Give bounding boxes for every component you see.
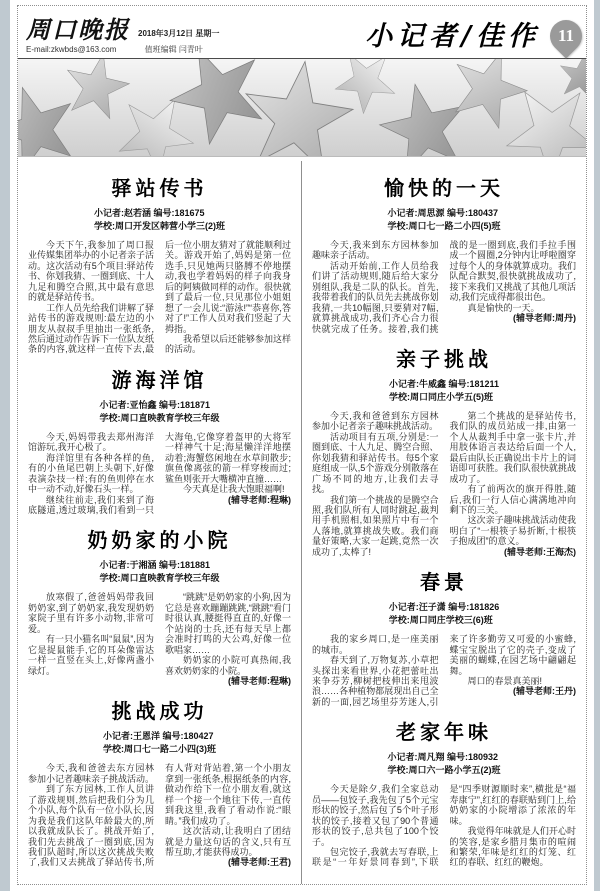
- byline-reporter: 小记者:王恩洋 编号:180427: [103, 730, 216, 743]
- article-title: 奶奶家的小院: [28, 524, 291, 553]
- article-paragraph: 周口的春景真美丽!: [450, 676, 577, 686]
- article-byline: 小记者:牛威鑫 编号:181211 学校:周口同庄小学五(5)班: [312, 378, 576, 405]
- byline-school: 学校:周口六一路小学五(2)班: [388, 764, 501, 777]
- byline-school: 学校:周口七一路二小四(3)班: [103, 743, 216, 756]
- byline-reporter: 小记者:亚怡鑫 编号:181871: [100, 399, 220, 412]
- section-block: 小记者/佳作: [365, 14, 574, 55]
- email-text: E-mail:zkwbds@163.com: [26, 45, 116, 54]
- teacher-credit: (辅导老师:程琳): [165, 495, 291, 505]
- article-paragraph: 今天下午,我参加了周口报业传媒集团举办的小记者亲子活动。这次活动有5个项目:驿站…: [28, 240, 154, 303]
- article-body: 今天下午,我参加了周口报业传媒集团举办的小记者亲子活动。这次活动有5个项目:驿站…: [28, 240, 291, 355]
- article-body: 今天,我来到东方园林参加趣味亲子活动。 活动开始前,工作人员给我们讲了活动规则,…: [312, 240, 576, 334]
- article-body: 今天是除夕,我们全家总动员——包饺子,我先包了5个元宝形状的饺子,然后包了5个叶…: [312, 784, 576, 868]
- article-body: 今天,我和爸爸去东方园林参加小记者趣味亲子挑战活动。 到了东方园林,工作人员讲了…: [28, 763, 291, 867]
- article-nainai-xiaoyuan: 奶奶家的小院 小记者:于湘涵 编号:181881 学校:周口直映教育学校三年级 …: [28, 524, 291, 686]
- article-qinzi-tiaozhan: 亲子挑战 小记者:牛威鑫 编号:181211 学校:周口同庄小学五(5)班 今天…: [312, 343, 576, 557]
- article-paragraph: 我们第一个挑战的是腾空合照,我们队所有人同时跳起,裁判用手机照相,如果照片中有一…: [312, 495, 439, 558]
- article-body: 放寒假了,爸爸妈妈带我回奶奶家,到了奶奶家,我发现奶奶家院子里有许多小动物,非常…: [28, 592, 291, 686]
- stars-photo-banner: [18, 59, 586, 157]
- byline-reporter: 小记者:周思源 编号:180437: [388, 207, 501, 220]
- byline-reporter: 小记者:于湘涵 编号:181881: [100, 559, 220, 572]
- article-paragraph: 今天,我和爸爸去东方园林参加小记者趣味亲子挑战活动。: [28, 763, 154, 784]
- left-column: 驿站传书 小记者:赵若涵 编号:181675 学校:周口开发区韩营小学三(2)班…: [18, 161, 302, 884]
- article-body: 今天,我和爸爸到东方园林参加小记者亲子趣味挑战活动。 活动项目有五项,分别是:一…: [312, 411, 576, 557]
- article-paragraph: 活动项目有五项,分别是:一圈到底、十人九足、腾空合照、你划我猜和驿站传书。每5个…: [312, 432, 439, 495]
- article-body: 今天,妈妈带我去郑州海洋馆游玩,我开心极了。 海洋馆里有各种各样的鱼,有的小鱼尾…: [28, 432, 291, 516]
- article-title: 愉快的一天: [312, 172, 576, 201]
- article-paragraph: 奶奶家的小院可真热闹,我喜欢奶奶家的小院。: [165, 655, 291, 676]
- page-number: 11: [550, 20, 582, 52]
- article-yukuai-de-yitian: 愉快的一天 小记者:周思源 编号:180437 学校:周口七一路二小四(5)班 …: [312, 172, 576, 334]
- article-byline: 小记者:于湘涵 编号:181881 学校:周口直映教育学校三年级: [28, 559, 291, 586]
- contact-line: E-mail:zkwbds@163.com 值班编辑 闫青叶: [26, 46, 219, 55]
- article-yizhan-chuanshu: 驿站传书 小记者:赵若涵 编号:181675 学校:周口开发区韩营小学三(2)班…: [28, 172, 291, 355]
- teacher-credit: (辅导老师:王丹): [450, 686, 577, 696]
- article-title: 春景: [312, 566, 576, 595]
- article-byline: 小记者:赵若涵 编号:181675 学校:周口开发区韩营小学三(2)班: [28, 207, 291, 234]
- byline-reporter: 小记者:汪子潇 编号:181826: [389, 601, 500, 614]
- article-paragraph: 这次亲子趣味挑战活动使我明白了“一根筷子易折断,十根筷子抱成团”的意义。: [450, 515, 577, 546]
- byline-reporter: 小记者:牛威鑫 编号:181211: [389, 378, 499, 391]
- article-paragraph: 今天,我和爸爸到东方园林参加小记者亲子趣味挑战活动。: [312, 411, 439, 432]
- article-paragraph: 今天是除夕,我们全家总动员——包饺子,我先包了5个元宝形状的饺子,然后包了5个叶…: [312, 784, 439, 847]
- page-header: 周口晚报 2018年3月12日 星期一 E-mail:zkwbds@163.co…: [18, 6, 586, 59]
- byline-school: 学校:周口直映教育学校三年级: [100, 572, 220, 585]
- article-paragraph: 这次活动,让我明白了团结就是力量这句话的含义,只有互帮互助,才能获得成功。: [165, 826, 291, 857]
- page-number-badge: 11: [543, 13, 587, 58]
- article-byline: 小记者:汪子潇 编号:181826 学校:周口同庄学校三(6)班: [312, 601, 576, 628]
- newspaper-page: 周口晚报 2018年3月12日 星期一 E-mail:zkwbds@163.co…: [10, 0, 594, 891]
- article-byline: 小记者:周凡翔 编号:180932 学校:周口六一路小学五(2)班: [312, 751, 576, 778]
- article-title: 游海洋馆: [28, 364, 291, 393]
- articles-area: 驿站传书 小记者:赵若涵 编号:181675 学校:周口开发区韩营小学三(2)班…: [18, 157, 586, 884]
- article-title: 老家年味: [312, 716, 576, 745]
- byline-school: 学校:周口七一路二小四(5)班: [388, 220, 501, 233]
- article-byline: 小记者:亚怡鑫 编号:181871 学校:周口直映教育学校三年级: [28, 399, 291, 426]
- article-title: 挑战成功: [28, 695, 291, 724]
- article-paragraph: 海洋馆里有各种各样的鱼,有的小鱼尾巴朝上头朝下,好像表演杂技一样;有的鱼则停在水…: [28, 453, 154, 495]
- byline-school: 学校:周口直映教育学校三年级: [100, 412, 220, 425]
- section-title: 小记者/佳作: [365, 14, 540, 53]
- byline-school: 学校:周口同庄小学五(5)班: [389, 391, 499, 404]
- article-paragraph: 我的家乡周口,是一座美丽的城市。: [312, 634, 439, 655]
- right-column: 愉快的一天 小记者:周思源 编号:180437 学校:周口七一路二小四(5)班 …: [302, 161, 586, 884]
- byline-school: 学校:周口开发区韩营小学三(2)班: [94, 220, 225, 233]
- article-paragraph: 有了前两次的旗开得胜,随后,我们一行人信心满满地冲向剩下的三关。: [450, 484, 577, 515]
- page-frame: 周口晚报 2018年3月12日 星期一 E-mail:zkwbds@163.co…: [17, 5, 587, 885]
- byline-reporter: 小记者:周凡翔 编号:180932: [388, 751, 501, 764]
- article-paragraph: 今天真是让我大饱眼福啊!: [165, 484, 291, 494]
- article-laojia-nianwei: 老家年味 小记者:周凡翔 编号:180932 学校:周口六一路小学五(2)班 今…: [312, 716, 576, 868]
- article-byline: 小记者:王恩洋 编号:180427 学校:周口七一路二小四(3)班: [28, 730, 291, 757]
- byline-reporter: 小记者:赵若涵 编号:181675: [94, 207, 225, 220]
- article-title: 亲子挑战: [312, 343, 576, 372]
- article-byline: 小记者:周思源 编号:180437 学校:周口七一路二小四(5)班: [312, 207, 576, 234]
- article-chunjing: 春景 小记者:汪子潇 编号:181826 学校:周口同庄学校三(6)班 我的家乡…: [312, 566, 576, 707]
- article-paragraph: 真是愉快的一天。: [450, 303, 577, 313]
- article-you-haiyangguan: 游海洋馆 小记者:亚怡鑫 编号:181871 学校:周口直映教育学校三年级 今天…: [28, 364, 291, 516]
- teacher-credit: (辅导老师:王君): [165, 857, 291, 867]
- article-paragraph: 有一只小猫名叫“鼠鼠”,因为它是捉鼠能手,它的耳朵像雷达一样一直竖在头上,好像两…: [28, 634, 154, 676]
- article-tiaozhan-chenggong: 挑战成功 小记者:王恩洋 编号:180427 学校:周口七一路二小四(3)班 今…: [28, 695, 291, 867]
- article-paragraph: 今天,妈妈带我去郑州海洋馆游玩,我开心极了。: [28, 432, 154, 453]
- teacher-credit: (辅导老师:程琳): [165, 676, 291, 686]
- masthead-block: 周口晚报 2018年3月12日 星期一 E-mail:zkwbds@163.co…: [26, 17, 219, 55]
- article-paragraph: 放寒假了,爸爸妈妈带我回奶奶家,到了奶奶家,我发现奶奶家院子里有许多小动物,非常…: [28, 592, 154, 634]
- article-paragraph: 第二个挑战的是驿站传书,我们队的成员站成一排,由第一个人从裁判手中拿一张卡片,并…: [450, 411, 577, 484]
- article-body: 我的家乡周口,是一座美丽的城市。 春天到了,万物复苏,小草把头探出来看世界,小花…: [312, 634, 576, 707]
- teacher-credit: (辅导老师:王海杰): [450, 547, 577, 557]
- teacher-credit: (辅导老师:周丹): [450, 313, 577, 323]
- byline-school: 学校:周口同庄学校三(6)班: [389, 614, 500, 627]
- date-line: 2018年3月12日 星期一: [138, 30, 219, 43]
- article-paragraph: 我希望以后还能够参加这样的活动。: [165, 334, 291, 355]
- duty-editor-text: 值班编辑 闫青叶: [145, 45, 203, 54]
- article-title: 驿站传书: [28, 172, 291, 201]
- article-paragraph: 我觉得年味就是人们开心时的笑容,是家乡腊月集市的喧闹和繁荣,年味是红红的灯笼、红…: [450, 826, 577, 868]
- article-paragraph: “跳跳”是奶奶家的小狗,因为它总是喜欢蹦蹦跳跳,“跳跳”看门时很认真,腰挺得直直…: [165, 592, 291, 655]
- article-paragraph: 今天,我来到东方园林参加趣味亲子活动。: [312, 240, 439, 261]
- newspaper-masthead: 周口晚报: [26, 17, 130, 43]
